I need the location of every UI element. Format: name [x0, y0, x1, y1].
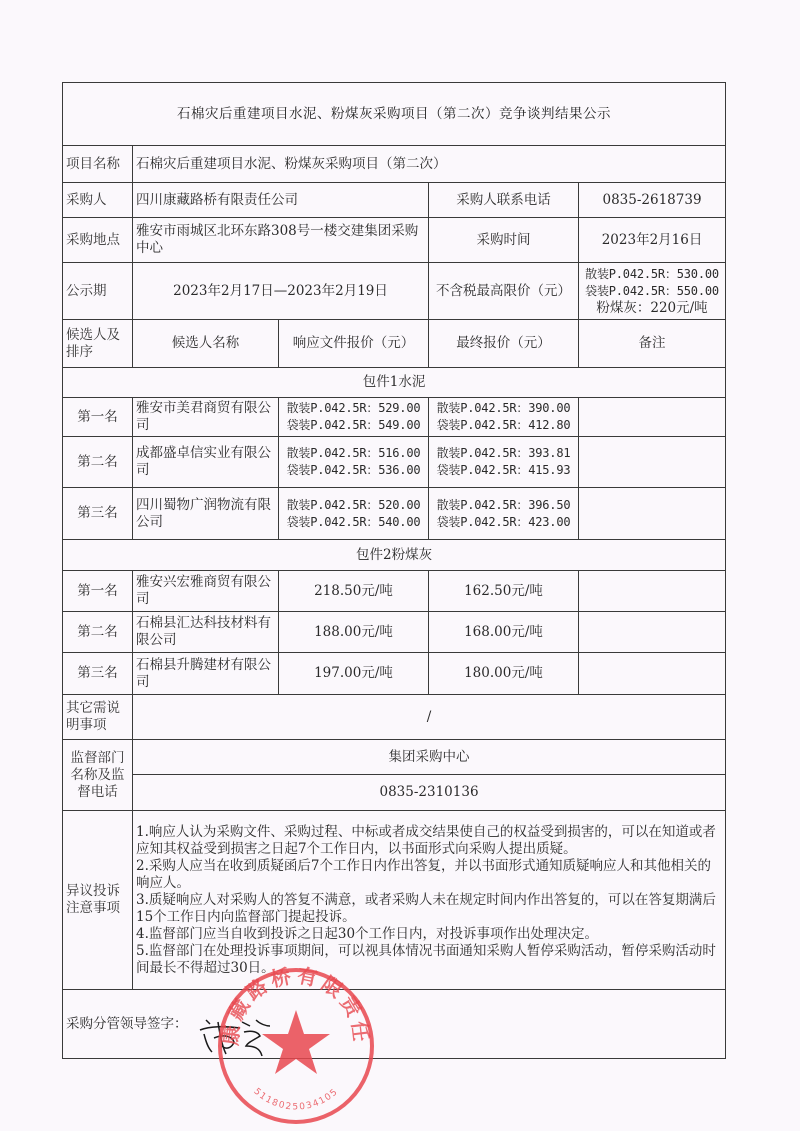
- notice-period-label: 公示期: [63, 263, 133, 320]
- max-price-value: 散装P.042.5R：530.00 袋装P.042.5R：550.00 粉煤灰：…: [579, 263, 726, 320]
- response-bulk: 散装P.042.5R：520.00: [282, 497, 425, 514]
- result-notice-table: 石棉灾后重建项目水泥、粉煤灰采购项目（第二次）竞争谈判结果公示 项目名称 石棉灾…: [62, 82, 726, 1059]
- table-row: 第三名 石棉县升腾建材有限公司 197.00元/吨 180.00元/吨: [63, 653, 726, 695]
- stamp-code: 5118025034105: [251, 1087, 340, 1113]
- final-bagged: 袋装P.042.5R：415.93: [432, 462, 575, 479]
- location-label: 采购地点: [63, 218, 133, 263]
- complaint-item: 3.质疑响应人对采购人的答复不满意，或者采购人未在规定时间内作出答复的，可以在答…: [136, 892, 722, 926]
- final-bagged: 袋装P.042.5R：412.80: [432, 417, 575, 434]
- response-bulk: 散装P.042.5R：516.00: [282, 445, 425, 462]
- rank: 第一名: [63, 571, 133, 612]
- supervision-label: 监督部门名称及监督电话: [63, 740, 133, 811]
- final-price: 散装P.042.5R：393.81 袋装P.042.5R：415.93: [429, 437, 579, 488]
- response-bagged: 袋装P.042.5R：536.00: [282, 462, 425, 479]
- response-price: 散装P.042.5R：516.00 袋装P.042.5R：536.00: [279, 437, 429, 488]
- purchaser-label: 采购人: [63, 183, 133, 218]
- notice-period-value: 2023年2月17日—2023年2月19日: [133, 263, 429, 320]
- final-price: 散装P.042.5R：390.00 袋装P.042.5R：412.80: [429, 398, 579, 437]
- purchaser-phone-value: 0835-2618739: [579, 183, 726, 218]
- package-title: 包件1水泥: [63, 368, 726, 398]
- rank: 第三名: [63, 653, 133, 695]
- remark: [579, 398, 726, 437]
- response-price-header: 响应文件报价（元）: [279, 320, 429, 368]
- page-title: 石棉灾后重建项目水泥、粉煤灰采购项目（第二次）竞争谈判结果公示: [63, 83, 726, 146]
- rank: 第一名: [63, 398, 133, 437]
- name-header: 候选人名称: [133, 320, 279, 368]
- remark: [579, 612, 726, 653]
- complaint-item: 5.监督部门在处理投诉事项期间，可以视具体情况书面通知采购人暂停采购活动，暂停采…: [136, 943, 722, 977]
- purchase-time-value: 2023年2月16日: [579, 218, 726, 263]
- max-price-bagged: 袋装P.042.5R：550.00: [582, 283, 722, 300]
- rank: 第二名: [63, 437, 133, 488]
- project-name-label: 项目名称: [63, 146, 133, 183]
- final-bulk: 散装P.042.5R：393.81: [432, 445, 575, 462]
- response-bulk: 散装P.042.5R：529.00: [282, 400, 425, 417]
- purchase-time-label: 采购时间: [429, 218, 579, 263]
- table-row: 第三名 四川蜀物广润物流有限公司 散装P.042.5R：520.00 袋装P.0…: [63, 488, 726, 540]
- response-price: 218.50元/吨: [279, 571, 429, 612]
- final-price: 162.50元/吨: [429, 571, 579, 612]
- max-price-flyash: 粉煤灰：220元/吨: [582, 300, 722, 317]
- remark: [579, 488, 726, 540]
- candidate-name: 石棉县汇达科技材料有限公司: [133, 612, 279, 653]
- table-row: 第一名 雅安市美君商贸有限公司 散装P.042.5R：529.00 袋装P.04…: [63, 398, 726, 437]
- project-name-value: 石棉灾后重建项目水泥、粉煤灰采购项目（第二次）: [133, 146, 726, 183]
- final-price-header: 最终报价（元）: [429, 320, 579, 368]
- response-price: 散装P.042.5R：520.00 袋装P.042.5R：540.00: [279, 488, 429, 540]
- response-price: 散装P.042.5R：529.00 袋装P.042.5R：549.00: [279, 398, 429, 437]
- remark: [579, 653, 726, 695]
- rank-header: 候选人及排序: [63, 320, 133, 368]
- remark: [579, 571, 726, 612]
- complaint-item: 1.响应人认为采购文件、采购过程、中标或者成交结果使自己的权益受到损害的，可以在…: [136, 824, 722, 858]
- max-price-bulk: 散装P.042.5R：530.00: [582, 266, 722, 283]
- table-row: 第一名 雅安兴宏雅商贸有限公司 218.50元/吨 162.50元/吨: [63, 571, 726, 612]
- final-bagged: 袋装P.042.5R：423.00: [432, 514, 575, 531]
- response-bagged: 袋装P.042.5R：549.00: [282, 417, 425, 434]
- svg-text:5118025034105: 5118025034105: [251, 1087, 340, 1113]
- rank: 第二名: [63, 612, 133, 653]
- final-bulk: 散装P.042.5R：396.50: [432, 497, 575, 514]
- candidate-name: 雅安兴宏雅商贸有限公司: [133, 571, 279, 612]
- candidate-name: 四川蜀物广润物流有限公司: [133, 488, 279, 540]
- candidate-name: 成都盛卓信实业有限公司: [133, 437, 279, 488]
- other-notes-label: 其它需说明事项: [63, 695, 133, 740]
- rank: 第三名: [63, 488, 133, 540]
- complaint-item: 2.采购人应当在收到质疑函后7个工作日内作出答复，并以书面形式通知质疑响应人和其…: [136, 858, 722, 892]
- response-bagged: 袋装P.042.5R：540.00: [282, 514, 425, 531]
- candidate-name: 石棉县升腾建材有限公司: [133, 653, 279, 695]
- candidate-name: 雅安市美君商贸有限公司: [133, 398, 279, 437]
- complaint-notes: 1.响应人认为采购文件、采购过程、中标或者成交结果使自己的权益受到损害的，可以在…: [133, 811, 726, 990]
- purchaser-phone-label: 采购人联系电话: [429, 183, 579, 218]
- package-title: 包件2粉煤灰: [63, 540, 726, 571]
- other-notes-value: /: [133, 695, 726, 740]
- remark: [579, 437, 726, 488]
- remark-header: 备注: [579, 320, 726, 368]
- supervision-department: 集团采购中心: [133, 740, 726, 775]
- table-row: 第二名 石棉县汇达科技材料有限公司 188.00元/吨 168.00元/吨: [63, 612, 726, 653]
- complaint-label: 异议投诉注意事项: [63, 811, 133, 990]
- complaint-item: 4.监督部门应当自收到投诉之日起30个工作日内，对投诉事项作出处理决定。: [136, 926, 722, 943]
- table-row: 第二名 成都盛卓信实业有限公司 散装P.042.5R：516.00 袋装P.04…: [63, 437, 726, 488]
- supervision-phone: 0835-2310136: [133, 775, 726, 811]
- response-price: 188.00元/吨: [279, 612, 429, 653]
- final-price: 散装P.042.5R：396.50 袋装P.042.5R：423.00: [429, 488, 579, 540]
- final-bulk: 散装P.042.5R：390.00: [432, 400, 575, 417]
- purchaser-value: 四川康藏路桥有限责任公司: [133, 183, 429, 218]
- signature-label: 采购分管领导签字：: [63, 990, 726, 1059]
- final-price: 180.00元/吨: [429, 653, 579, 695]
- response-price: 197.00元/吨: [279, 653, 429, 695]
- location-value: 雅安市雨城区北环东路308号一楼交建集团采购中心: [133, 218, 429, 263]
- max-price-label: 不含税最高限价（元）: [429, 263, 579, 320]
- final-price: 168.00元/吨: [429, 612, 579, 653]
